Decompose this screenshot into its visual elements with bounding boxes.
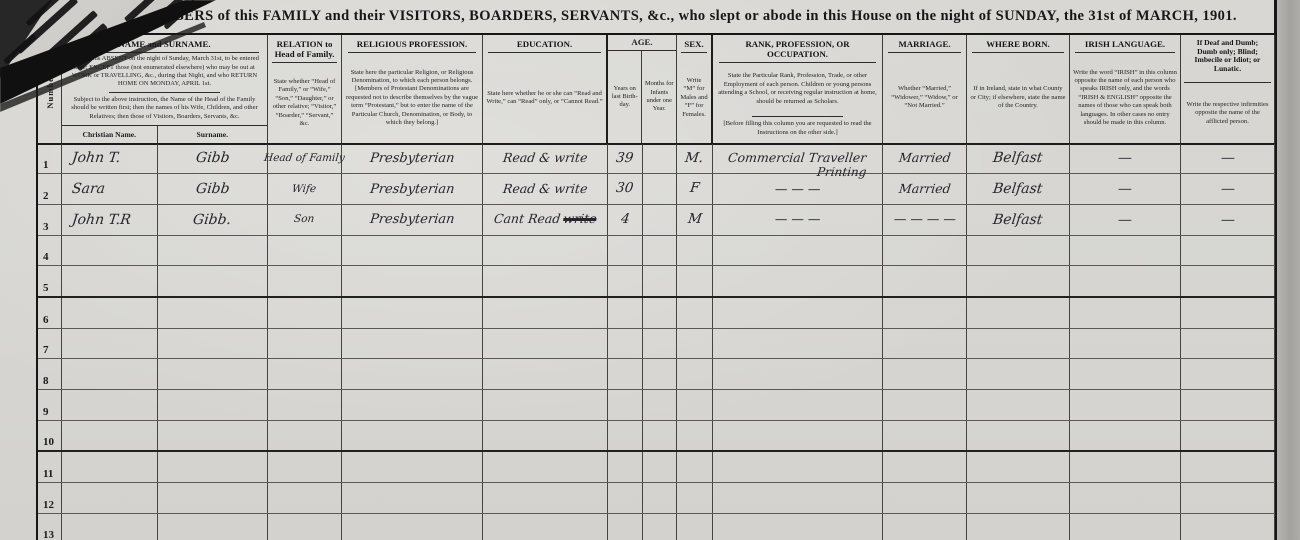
handwritten-entry: Gibb. xyxy=(193,213,233,227)
cell-num: 5 xyxy=(38,266,62,296)
column-header-religion: RELIGIOUS PROFESSION. State here the par… xyxy=(342,35,483,143)
cell-occupation xyxy=(713,421,883,451)
cell-irish xyxy=(1070,236,1181,266)
column-header-education: EDUCATION. State here whether he or she … xyxy=(483,35,608,143)
cell-surname: Gibb xyxy=(158,144,268,174)
marriage-column-desc: Whether “Married,” “Widower,” “Widow,” o… xyxy=(886,85,963,110)
cell-religion xyxy=(342,452,483,482)
handwritten-entry: M xyxy=(687,213,702,227)
cell-ageM xyxy=(643,236,677,266)
cell-surname xyxy=(158,483,268,513)
cell-surname: Gibb. xyxy=(158,205,268,235)
irish-column-title: IRISH LANGUAGE. xyxy=(1075,37,1175,53)
cell-education xyxy=(483,236,608,266)
cell-occupation xyxy=(713,390,883,420)
cell-christian xyxy=(62,452,158,482)
cell-ageY xyxy=(608,390,643,420)
cell-religion xyxy=(342,298,483,328)
cell-sex xyxy=(677,298,713,328)
cell-born xyxy=(967,266,1070,296)
column-header-marriage: MARRIAGE. Whether “Married,” “Widower,” … xyxy=(883,35,967,143)
table-body: 1John T.GibbHead of FamilyPresbyterianRe… xyxy=(36,144,1275,540)
cell-infirmity xyxy=(1181,421,1275,451)
cell-born: Belfast xyxy=(967,144,1070,174)
cell-education xyxy=(483,329,608,359)
cell-irish: — xyxy=(1070,144,1181,174)
column-header-age: AGE. Years on last Birth-day. Months for… xyxy=(608,35,677,143)
cell-irish xyxy=(1070,421,1181,451)
cell-num: 4 xyxy=(38,236,62,266)
cell-num: 11 xyxy=(38,452,62,482)
cell-ageM xyxy=(643,421,677,451)
cell-infirmity xyxy=(1181,452,1275,482)
cell-born xyxy=(967,329,1070,359)
cell-num: 8 xyxy=(38,359,62,389)
table-row-9: 9 xyxy=(38,390,1275,421)
cell-ageM xyxy=(643,329,677,359)
cell-ageY xyxy=(608,329,643,359)
divider-rule xyxy=(752,116,843,117)
cell-marriage xyxy=(883,266,967,296)
cell-marriage xyxy=(883,452,967,482)
handwritten-entry: M. xyxy=(685,152,705,166)
cell-marriage xyxy=(883,298,967,328)
cell-num: 6 xyxy=(38,298,62,328)
cell-relation xyxy=(268,483,342,513)
cell-born xyxy=(967,483,1070,513)
cell-occupation xyxy=(713,329,883,359)
cell-ageM xyxy=(643,514,677,540)
handwritten-entry: — xyxy=(1117,213,1133,227)
cell-num: 1 xyxy=(38,144,62,174)
cell-relation xyxy=(268,236,342,266)
table-row-13: 13 xyxy=(38,514,1275,540)
page-right-edge xyxy=(1274,0,1300,540)
column-header-sex: SEX. Write “M” for Males and “F” for Fem… xyxy=(677,35,713,143)
cell-christian: John T.R xyxy=(62,205,158,235)
cell-relation xyxy=(268,359,342,389)
cell-born xyxy=(967,514,1070,540)
cell-born xyxy=(967,298,1070,328)
cell-ageY: 4 xyxy=(608,205,643,235)
cell-born: Belfast xyxy=(967,205,1070,235)
cell-infirmity xyxy=(1181,359,1275,389)
cell-surname xyxy=(158,329,268,359)
cell-num: 10 xyxy=(38,421,62,451)
cell-ageM xyxy=(643,452,677,482)
cell-infirmity xyxy=(1181,329,1275,359)
cell-ageM xyxy=(643,298,677,328)
cell-marriage: Married xyxy=(883,144,967,174)
cell-occupation: — — — xyxy=(713,205,883,235)
cell-religion: Presbyterian xyxy=(342,144,483,174)
handwritten-entry: Gibb xyxy=(195,151,230,165)
handwritten-entry: Head of Family xyxy=(264,153,346,164)
cell-ageY xyxy=(608,236,643,266)
form-heading: MBERS of this FAMILY and their VISITORS,… xyxy=(36,0,1274,33)
cell-marriage: — — — — xyxy=(883,205,967,235)
cell-education xyxy=(483,514,608,540)
handwritten-entry: Belfast xyxy=(992,213,1043,227)
table-row-10: 10 xyxy=(38,421,1275,453)
handwritten-entry: John T.R xyxy=(71,213,132,227)
column-header-name-surname: NAME and SURNAME. No Persons ABSENT on t… xyxy=(62,35,268,143)
handwritten-entry: — — — xyxy=(774,213,821,226)
cell-infirmity xyxy=(1181,390,1275,420)
cell-relation xyxy=(268,298,342,328)
infirmity-column-desc: Write the respective infirmities opposit… xyxy=(1184,101,1271,126)
cell-surname xyxy=(158,514,268,540)
handwritten-entry: Gibb xyxy=(195,182,230,196)
cell-christian xyxy=(62,236,158,266)
cell-ageM xyxy=(643,359,677,389)
cell-religion xyxy=(342,514,483,540)
cell-surname xyxy=(158,236,268,266)
cell-ageM xyxy=(643,483,677,513)
handwritten-entry: Belfast xyxy=(992,182,1043,196)
cell-christian xyxy=(62,514,158,540)
cell-sex xyxy=(677,483,713,513)
cell-infirmity xyxy=(1181,298,1275,328)
column-header-number: Number. xyxy=(38,35,62,143)
cell-surname xyxy=(158,421,268,451)
cell-num: 12 xyxy=(38,483,62,513)
irish-column-desc: Write the word “IRISH” in this column op… xyxy=(1073,69,1177,128)
cell-christian xyxy=(62,266,158,296)
table-header: Number. NAME and SURNAME. No Persons ABS… xyxy=(36,33,1275,145)
cell-sex xyxy=(677,452,713,482)
cell-ageY xyxy=(608,452,643,482)
handwritten-entry: F xyxy=(689,182,700,196)
cell-religion: Presbyterian xyxy=(342,174,483,204)
cell-sex xyxy=(677,266,713,296)
cell-sex xyxy=(677,514,713,540)
cell-religion xyxy=(342,483,483,513)
cell-num: 3 xyxy=(38,205,62,235)
cell-surname xyxy=(158,266,268,296)
handwritten-entry: 30 xyxy=(616,182,635,196)
divider-rule xyxy=(109,92,219,93)
handwritten-entry: 4 xyxy=(620,213,630,227)
cell-christian xyxy=(62,298,158,328)
cell-infirmity xyxy=(1181,266,1275,296)
cell-irish xyxy=(1070,298,1181,328)
occupation-column-desc2: [Before filling this column you are requ… xyxy=(716,120,879,137)
cell-education xyxy=(483,483,608,513)
where-born-column-desc: If in Ireland, state in what County or C… xyxy=(970,85,1066,110)
cell-occupation: Commercial TravellerPrinting xyxy=(713,144,883,174)
cell-relation: Head of Family xyxy=(268,144,342,174)
age-years-subheader: Years on last Birth-day. xyxy=(608,51,642,143)
sex-column-title: SEX. xyxy=(681,37,708,53)
cell-irish: — xyxy=(1070,174,1181,204)
cell-num: 9 xyxy=(38,390,62,420)
handwritten-entry: Sara xyxy=(71,182,106,196)
cell-relation xyxy=(268,514,342,540)
cell-marriage xyxy=(883,359,967,389)
where-born-column-title: WHERE BORN. xyxy=(972,37,1064,53)
handwritten-entry: — xyxy=(1117,182,1133,196)
cell-relation: Son xyxy=(268,205,342,235)
cell-education xyxy=(483,266,608,296)
table-row-4: 4 xyxy=(38,236,1275,267)
handwritten-entry: — xyxy=(1220,182,1236,196)
religion-column-title: RELIGIOUS PROFESSION. xyxy=(348,37,477,53)
handwritten-entry: Belfast xyxy=(992,151,1043,165)
struck-out-word: write xyxy=(562,211,597,226)
cell-irish xyxy=(1070,266,1181,296)
cell-ageM xyxy=(643,174,677,204)
cell-education xyxy=(483,390,608,420)
cell-irish xyxy=(1070,452,1181,482)
column-header-occupation: RANK, PROFESSION, OR OCCUPATION. State t… xyxy=(713,35,883,143)
cell-religion xyxy=(342,329,483,359)
cell-irish xyxy=(1070,514,1181,540)
cell-ageM xyxy=(643,266,677,296)
cell-irish xyxy=(1070,483,1181,513)
cell-surname xyxy=(158,390,268,420)
cell-education: Read & write xyxy=(483,174,608,204)
cell-num: 2 xyxy=(38,174,62,204)
religion-column-desc: State here the particular Religion, or R… xyxy=(345,69,479,128)
table-row-5: 5 xyxy=(38,266,1275,298)
handwritten-entry: Cant Readwrite xyxy=(493,213,597,226)
cell-infirmity xyxy=(1181,236,1275,266)
relation-column-title: RELATION to Head of Family. xyxy=(272,37,336,63)
column-header-relation: RELATION to Head of Family. State whethe… xyxy=(268,35,342,143)
cell-marriage xyxy=(883,329,967,359)
relation-column-desc: State whether “Head of Family,” or “Wife… xyxy=(271,78,338,129)
cell-born xyxy=(967,236,1070,266)
table-row-3: 3John T.RGibb.SonPresbyterianCant Readwr… xyxy=(38,205,1275,236)
cell-infirmity xyxy=(1181,483,1275,513)
handwritten-entry: Read & write xyxy=(502,152,588,165)
cell-religion: Presbyterian xyxy=(342,205,483,235)
cell-christian xyxy=(62,359,158,389)
cell-ageY xyxy=(608,483,643,513)
handwritten-entry: Son xyxy=(294,214,316,225)
cell-sex: M. xyxy=(677,144,713,174)
cell-sex xyxy=(677,390,713,420)
cell-occupation xyxy=(713,359,883,389)
table-row-6: 6 xyxy=(38,298,1275,329)
cell-christian xyxy=(62,421,158,451)
cell-occupation xyxy=(713,266,883,296)
cell-marriage xyxy=(883,390,967,420)
handwritten-entry: — xyxy=(1220,151,1236,165)
number-column-label: Number. xyxy=(45,70,55,109)
occupation-column-title: RANK, PROFESSION, OR OCCUPATION. xyxy=(719,37,875,63)
cell-sex xyxy=(677,236,713,266)
cell-ageM xyxy=(643,390,677,420)
column-header-infirmity: If Deaf and Dumb; Dumb only; Blind; Imbe… xyxy=(1181,35,1275,143)
cell-ageY xyxy=(608,359,643,389)
cell-relation xyxy=(268,266,342,296)
cell-surname: Gibb xyxy=(158,174,268,204)
marriage-column-title: MARRIAGE. xyxy=(888,37,962,53)
cell-sex xyxy=(677,329,713,359)
census-form-scan: MBERS of this FAMILY and their VISITORS,… xyxy=(0,0,1300,540)
handwritten-entry: John T. xyxy=(71,151,121,165)
form-heading-text: MBERS of this FAMILY and their VISITORS,… xyxy=(36,8,1237,25)
cell-num: 7 xyxy=(38,329,62,359)
cell-born xyxy=(967,359,1070,389)
cell-occupation xyxy=(713,483,883,513)
cell-christian: John T. xyxy=(62,144,158,174)
handwritten-entry: Presbyterian xyxy=(369,213,455,226)
cell-christian xyxy=(62,390,158,420)
cell-infirmity: — xyxy=(1181,205,1275,235)
cell-irish xyxy=(1070,390,1181,420)
cell-occupation xyxy=(713,514,883,540)
handwritten-entry: Married xyxy=(898,183,951,196)
subheader-christian-name: Christian Name. xyxy=(62,126,158,143)
cell-education: Read & write xyxy=(483,144,608,174)
cell-relation xyxy=(268,452,342,482)
column-header-irish-language: IRISH LANGUAGE. Write the word “IRISH” i… xyxy=(1070,35,1181,143)
cell-religion xyxy=(342,421,483,451)
education-column-title: EDUCATION. xyxy=(488,37,600,53)
cell-religion xyxy=(342,236,483,266)
cell-education xyxy=(483,421,608,451)
table-row-2: 2SaraGibbWifePresbyterianRead & write30F… xyxy=(38,174,1275,205)
cell-education xyxy=(483,359,608,389)
cell-religion xyxy=(342,359,483,389)
cell-marriage: Married xyxy=(883,174,967,204)
cell-relation xyxy=(268,390,342,420)
handwritten-entry-second-line: Printing xyxy=(816,165,867,179)
cell-ageY xyxy=(608,421,643,451)
cell-born xyxy=(967,390,1070,420)
cell-occupation xyxy=(713,236,883,266)
table-row-12: 12 xyxy=(38,483,1275,514)
occupation-column-desc1: State the Particular Rank, Profession, T… xyxy=(716,72,879,106)
cell-ageY xyxy=(608,514,643,540)
handwritten-entry: — xyxy=(1220,213,1236,227)
cell-christian xyxy=(62,329,158,359)
handwritten-entry: Read & write xyxy=(502,183,588,196)
handwritten-entry: — xyxy=(1117,151,1133,165)
handwritten-entry: Presbyterian xyxy=(369,183,455,196)
cell-ageY: 30 xyxy=(608,174,643,204)
age-column-title: AGE. xyxy=(608,35,676,51)
cell-sex xyxy=(677,359,713,389)
cell-christian: Sara xyxy=(62,174,158,204)
cell-religion xyxy=(342,266,483,296)
divider-rule xyxy=(1184,82,1271,83)
handwritten-entry: — — — — xyxy=(893,213,956,226)
cell-surname xyxy=(158,359,268,389)
sex-column-desc: Write “M” for Males and “F” for Females. xyxy=(680,77,708,119)
cell-marriage xyxy=(883,483,967,513)
handwritten-entry: Married xyxy=(898,152,951,165)
handwritten-entry: 39 xyxy=(616,152,635,166)
education-column-desc: State here whether he or she can “Read a… xyxy=(486,90,603,107)
subheader-surname: Surname. xyxy=(158,126,267,143)
cell-education xyxy=(483,452,608,482)
cell-infirmity: — xyxy=(1181,144,1275,174)
cell-irish: — xyxy=(1070,205,1181,235)
handwritten-entry: Presbyterian xyxy=(369,152,455,165)
table-row-11: 11 xyxy=(38,452,1275,483)
cell-sex xyxy=(677,421,713,451)
column-header-where-born: WHERE BORN. If in Ireland, state in what… xyxy=(967,35,1070,143)
cell-sex: M xyxy=(677,205,713,235)
cell-relation: Wife xyxy=(268,174,342,204)
cell-religion xyxy=(342,390,483,420)
table-row-7: 7 xyxy=(38,329,1275,360)
cell-relation xyxy=(268,329,342,359)
cell-surname xyxy=(158,452,268,482)
cell-irish xyxy=(1070,359,1181,389)
cell-marriage xyxy=(883,421,967,451)
table-row-1: 1John T.GibbHead of FamilyPresbyterianRe… xyxy=(38,144,1275,175)
table-row-8: 8 xyxy=(38,359,1275,390)
cell-sex: F xyxy=(677,174,713,204)
cell-surname xyxy=(158,298,268,328)
cell-born xyxy=(967,421,1070,451)
name-column-note2: Subject to the above instruction, the Na… xyxy=(66,96,263,121)
handwritten-entry: Commercial Traveller xyxy=(728,152,868,165)
cell-ageY xyxy=(608,266,643,296)
cell-education xyxy=(483,298,608,328)
handwritten-entry: Wife xyxy=(292,184,317,195)
cell-irish xyxy=(1070,329,1181,359)
cell-ageM xyxy=(643,205,677,235)
cell-born: Belfast xyxy=(967,174,1070,204)
cell-num: 13 xyxy=(38,514,62,540)
name-column-note1: No Persons ABSENT on the night of Sunday… xyxy=(66,55,263,89)
cell-infirmity xyxy=(1181,514,1275,540)
name-column-title: NAME and SURNAME. xyxy=(70,37,259,53)
cell-marriage xyxy=(883,514,967,540)
cell-born xyxy=(967,452,1070,482)
cell-marriage xyxy=(883,236,967,266)
cell-education: Cant Readwrite xyxy=(483,205,608,235)
cell-ageY xyxy=(608,298,643,328)
age-months-subheader: Months for Infants under one Year. xyxy=(642,51,676,143)
cell-christian xyxy=(62,483,158,513)
cell-infirmity: — xyxy=(1181,174,1275,204)
infirmity-column-title: If Deaf and Dumb; Dumb only; Blind; Imbe… xyxy=(1186,37,1270,77)
cell-ageM xyxy=(643,144,677,174)
cell-occupation xyxy=(713,298,883,328)
cell-occupation xyxy=(713,452,883,482)
handwritten-entry: — — — xyxy=(774,183,821,196)
cell-relation xyxy=(268,421,342,451)
cell-ageY: 39 xyxy=(608,144,643,174)
